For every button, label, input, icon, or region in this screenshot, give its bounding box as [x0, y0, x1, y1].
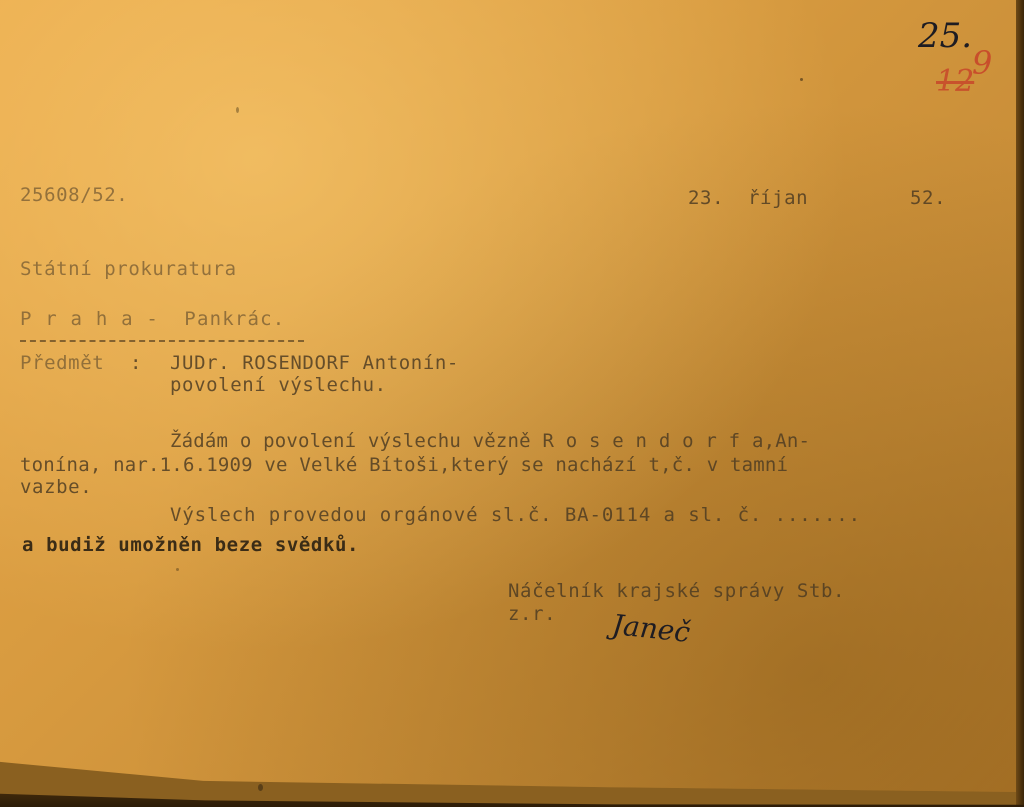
recipient-line-1: Státní prokuratura [20, 258, 237, 280]
signatory-title: Náčelník krajské správy Stb. [508, 580, 845, 602]
handwritten-page-number: 25. [918, 16, 972, 56]
subject-label: Předmět [20, 352, 104, 374]
paper-speck [800, 78, 803, 81]
subject-separator: : [130, 352, 142, 374]
subject-line-1: JUDr. ROSENDORF Antonín- [170, 352, 459, 374]
subject-line-2: povolení výslechu. [170, 374, 387, 396]
document-page [0, 0, 1016, 792]
recipient-line-2: P r a h a - Pankrác. [20, 308, 285, 330]
date-year: 52. [910, 187, 946, 209]
paper-speck [236, 107, 239, 113]
on-behalf-mark: z.r. [508, 603, 556, 625]
page-edge-shadow [1016, 0, 1024, 807]
body-line-4: Výslech provedou orgánové sl.č. BA-0114 … [170, 504, 861, 526]
body-line-3: vazbe. [20, 476, 92, 498]
date-month: říjan [748, 187, 808, 209]
red-new-page-number: 9 [972, 44, 992, 82]
paper-speck [176, 568, 179, 571]
red-struck-page-number: 12 [936, 64, 974, 99]
reference-number: 25608/52. [20, 184, 128, 206]
recipient-underline [20, 340, 304, 342]
body-line-2: tonína, nar.1.6.1909 ve Velké Bítoši,kte… [20, 454, 788, 476]
body-line-5: a budiž umožněn beze svědků. [22, 534, 359, 556]
paper-speck [258, 784, 263, 791]
date-day: 23. [688, 187, 724, 209]
body-line-1: Žádám o povolení výslechu vězně R o s e … [170, 430, 810, 452]
